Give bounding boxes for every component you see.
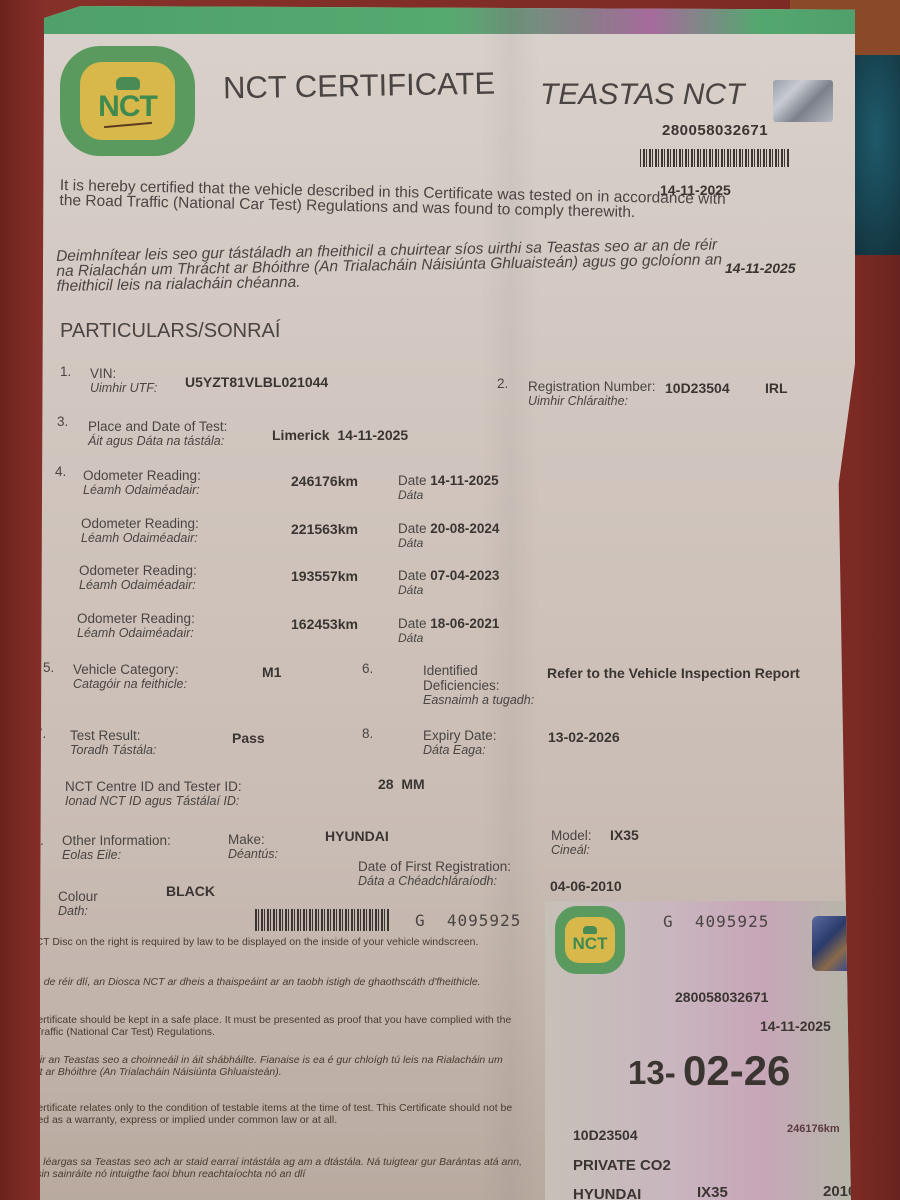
nct-logo: NCT: [60, 46, 195, 156]
car-icon: [116, 77, 140, 90]
field-number: 6.: [362, 661, 373, 676]
odometer-date: Date 18-06-2021Dáta: [398, 616, 499, 646]
field-number: 1.: [60, 364, 71, 379]
centre-value: 28 MM: [378, 776, 425, 792]
disc-make: HYUNDAI: [573, 1186, 641, 1200]
disc-test-date: 14-11-2025: [760, 1018, 831, 1034]
certification-date-ga: 14-11-2025: [725, 260, 796, 276]
make-value: HYUNDAI: [325, 828, 389, 844]
colour-label: Colour Dath:: [58, 889, 98, 919]
certificate-number: 280058032671: [662, 122, 768, 139]
colour-value: BLACK: [166, 883, 215, 899]
odometer-label: Odometer Reading:Léamh Odaiméadair:: [77, 611, 195, 641]
header-band: [40, 6, 855, 34]
field-number: 3.: [57, 414, 68, 429]
barcode: [255, 909, 390, 931]
odometer-label: Odometer Reading:Léamh Odaiméadair:: [79, 563, 197, 593]
result-value: Pass: [232, 730, 265, 746]
expiry-label: Expiry Date: Dáta Eaga:: [423, 728, 497, 758]
disc-expiry-day: 13-: [628, 1054, 676, 1092]
odometer-value: 162453km: [291, 616, 358, 632]
hologram-seal: [773, 80, 833, 122]
nct-disc-logo: NCT: [555, 906, 625, 974]
footer-note: The NCT Disc on the right is required by…: [40, 936, 527, 948]
deficiencies-label: Identified Deficiencies: Easnaimh a tuga…: [423, 663, 534, 708]
disc-model: IX35: [697, 1184, 728, 1200]
registration-value: 10D23504: [665, 380, 730, 396]
title-english: NCT CERTIFICATE: [223, 66, 496, 107]
first-registration-label: Date of First Registration: Dáta a Chéad…: [358, 859, 511, 889]
deficiencies-value: Refer to the Vehicle Inspection Report: [547, 665, 800, 681]
field-number: 10.: [40, 833, 44, 848]
result-label: Test Result: Toradh Tástála:: [70, 728, 156, 758]
test-place-label: Place and Date of Test: Áit agus Dáta na…: [88, 419, 227, 449]
certification-date-en: 14-11-2025: [660, 182, 731, 198]
odometer-value: 193557km: [291, 568, 358, 584]
barcode: [640, 149, 790, 167]
vin-value: U5YZT81VLBL021044: [185, 374, 328, 390]
disc-year: 2010: [823, 1183, 855, 1200]
disc-category: PRIVATE CO2: [573, 1157, 671, 1174]
field-number: 8.: [362, 726, 373, 741]
other-info-label: Other Information: Eolas Eile:: [62, 833, 171, 863]
odometer-value: 221563km: [291, 521, 358, 537]
disc-registration: 10D23504: [573, 1127, 638, 1143]
field-number: 5.: [43, 660, 54, 675]
category-label: Vehicle Category: Catagóir na feithicle:: [73, 662, 187, 692]
section-title: PARTICULARS/SONRAÍ: [60, 320, 280, 343]
make-label: Make: Déantús:: [228, 832, 278, 862]
nct-disc: NCT G 4095925 280058032671 14-11-2025 13…: [545, 901, 855, 1200]
model-value: IX35: [610, 827, 639, 843]
disc-expiry-month-year: 02-26: [683, 1047, 790, 1095]
vin-label: VIN: Uimhir UTF:: [90, 366, 157, 396]
footer-note: Ní mór, de réir dlí, an Diosca NCT ar dh…: [40, 976, 527, 988]
disc-serial-number: G 4095925: [415, 911, 521, 930]
certification-text-en: It is hereby certified that the vehicle …: [59, 178, 739, 222]
model-label: Model: Cineál:: [551, 828, 592, 858]
registration-country: IRL: [765, 380, 788, 396]
certification-text-ga: Deimhnítear leis seo gur tástáladh an fh…: [56, 237, 737, 294]
nct-certificate-document: NCT NCT CERTIFICATE TEASTAS NCT 28005803…: [40, 6, 855, 1200]
logo-text: NCT: [98, 92, 157, 122]
odometer-date: Date 14-11-2025Dáta: [398, 473, 499, 503]
field-number: 4.: [55, 464, 66, 479]
odometer-value: 246176km: [291, 473, 358, 489]
footer-note: Níl aon léargas sa Teastas seo ach ar st…: [40, 1156, 527, 1180]
disc-serial: G 4095925: [663, 912, 769, 931]
title-irish: TEASTAS NCT: [540, 78, 744, 112]
disc-certificate-number: 280058032671: [675, 989, 768, 1005]
first-registration-value: 04-06-2010: [550, 878, 622, 894]
category-value: M1: [262, 664, 281, 680]
odometer-label: Odometer Reading:Léamh Odaiméadair:: [81, 516, 199, 546]
odometer-label: Odometer Reading:Léamh Odaiméadair:: [83, 468, 201, 498]
footer-note: Ba chóir an Teastas seo a choinneáil in …: [40, 1054, 527, 1078]
footer-note: This Certificate should be kept in a saf…: [40, 1014, 527, 1038]
expiry-value: 13-02-2026: [548, 729, 620, 745]
car-icon: [583, 926, 597, 934]
footer-note: This Certificate relates only to the con…: [40, 1102, 527, 1126]
centre-label: NCT Centre ID and Tester ID: Ionad NCT I…: [65, 779, 242, 809]
field-number: 2.: [497, 376, 508, 391]
test-place-value: Limerick 14-11-2025: [272, 427, 408, 443]
odometer-date: Date 07-04-2023Dáta: [398, 568, 499, 598]
disc-odometer: 246176km: [787, 1123, 840, 1135]
registration-label: Registration Number: Uimhir Chláraithe:: [528, 379, 656, 409]
odometer-date: Date 20-08-2024Dáta: [398, 521, 499, 551]
